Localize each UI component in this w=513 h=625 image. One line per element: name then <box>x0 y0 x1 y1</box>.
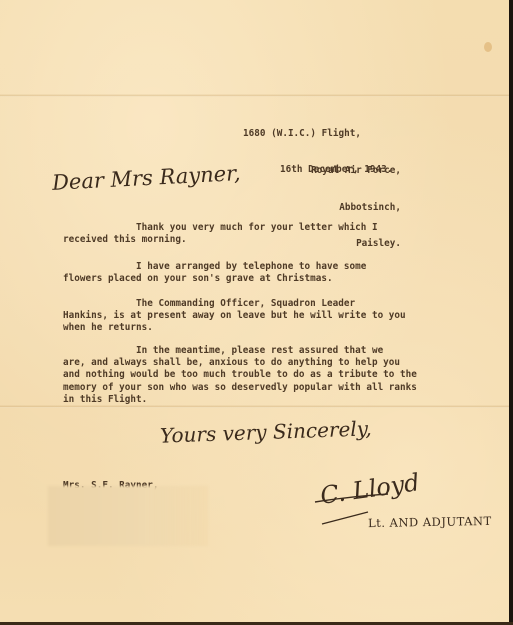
paragraph-3: The Commanding Officer, Squadron Leader … <box>63 298 406 335</box>
closing: Yours very Sincerely, <box>160 416 372 447</box>
paper-stain <box>484 42 492 52</box>
letter-date: 16th December, 1943. <box>280 164 392 176</box>
scan-edge-right <box>509 0 513 625</box>
address-line-3: Abbotsinch, <box>243 202 401 214</box>
paragraph-1: Thank you very much for your letter whic… <box>63 222 378 246</box>
signatory-title: Lt. AND ADJUTANT <box>368 514 492 530</box>
salutation: Dear Mrs Rayner, <box>52 161 242 195</box>
redacted-address <box>48 486 208 546</box>
paragraph-4: In the meantime, please rest assured tha… <box>63 345 417 406</box>
address-line-1: 1680 (W.I.C.) Flight, <box>243 128 401 140</box>
letter-paper: 1680 (W.I.C.) Flight, Royal Air Force, A… <box>0 0 509 622</box>
paragraph-2: I have arranged by telephone to have som… <box>63 261 366 285</box>
fold-line-top <box>0 94 509 97</box>
sender-address: 1680 (W.I.C.) Flight, Royal Air Force, A… <box>243 104 401 275</box>
